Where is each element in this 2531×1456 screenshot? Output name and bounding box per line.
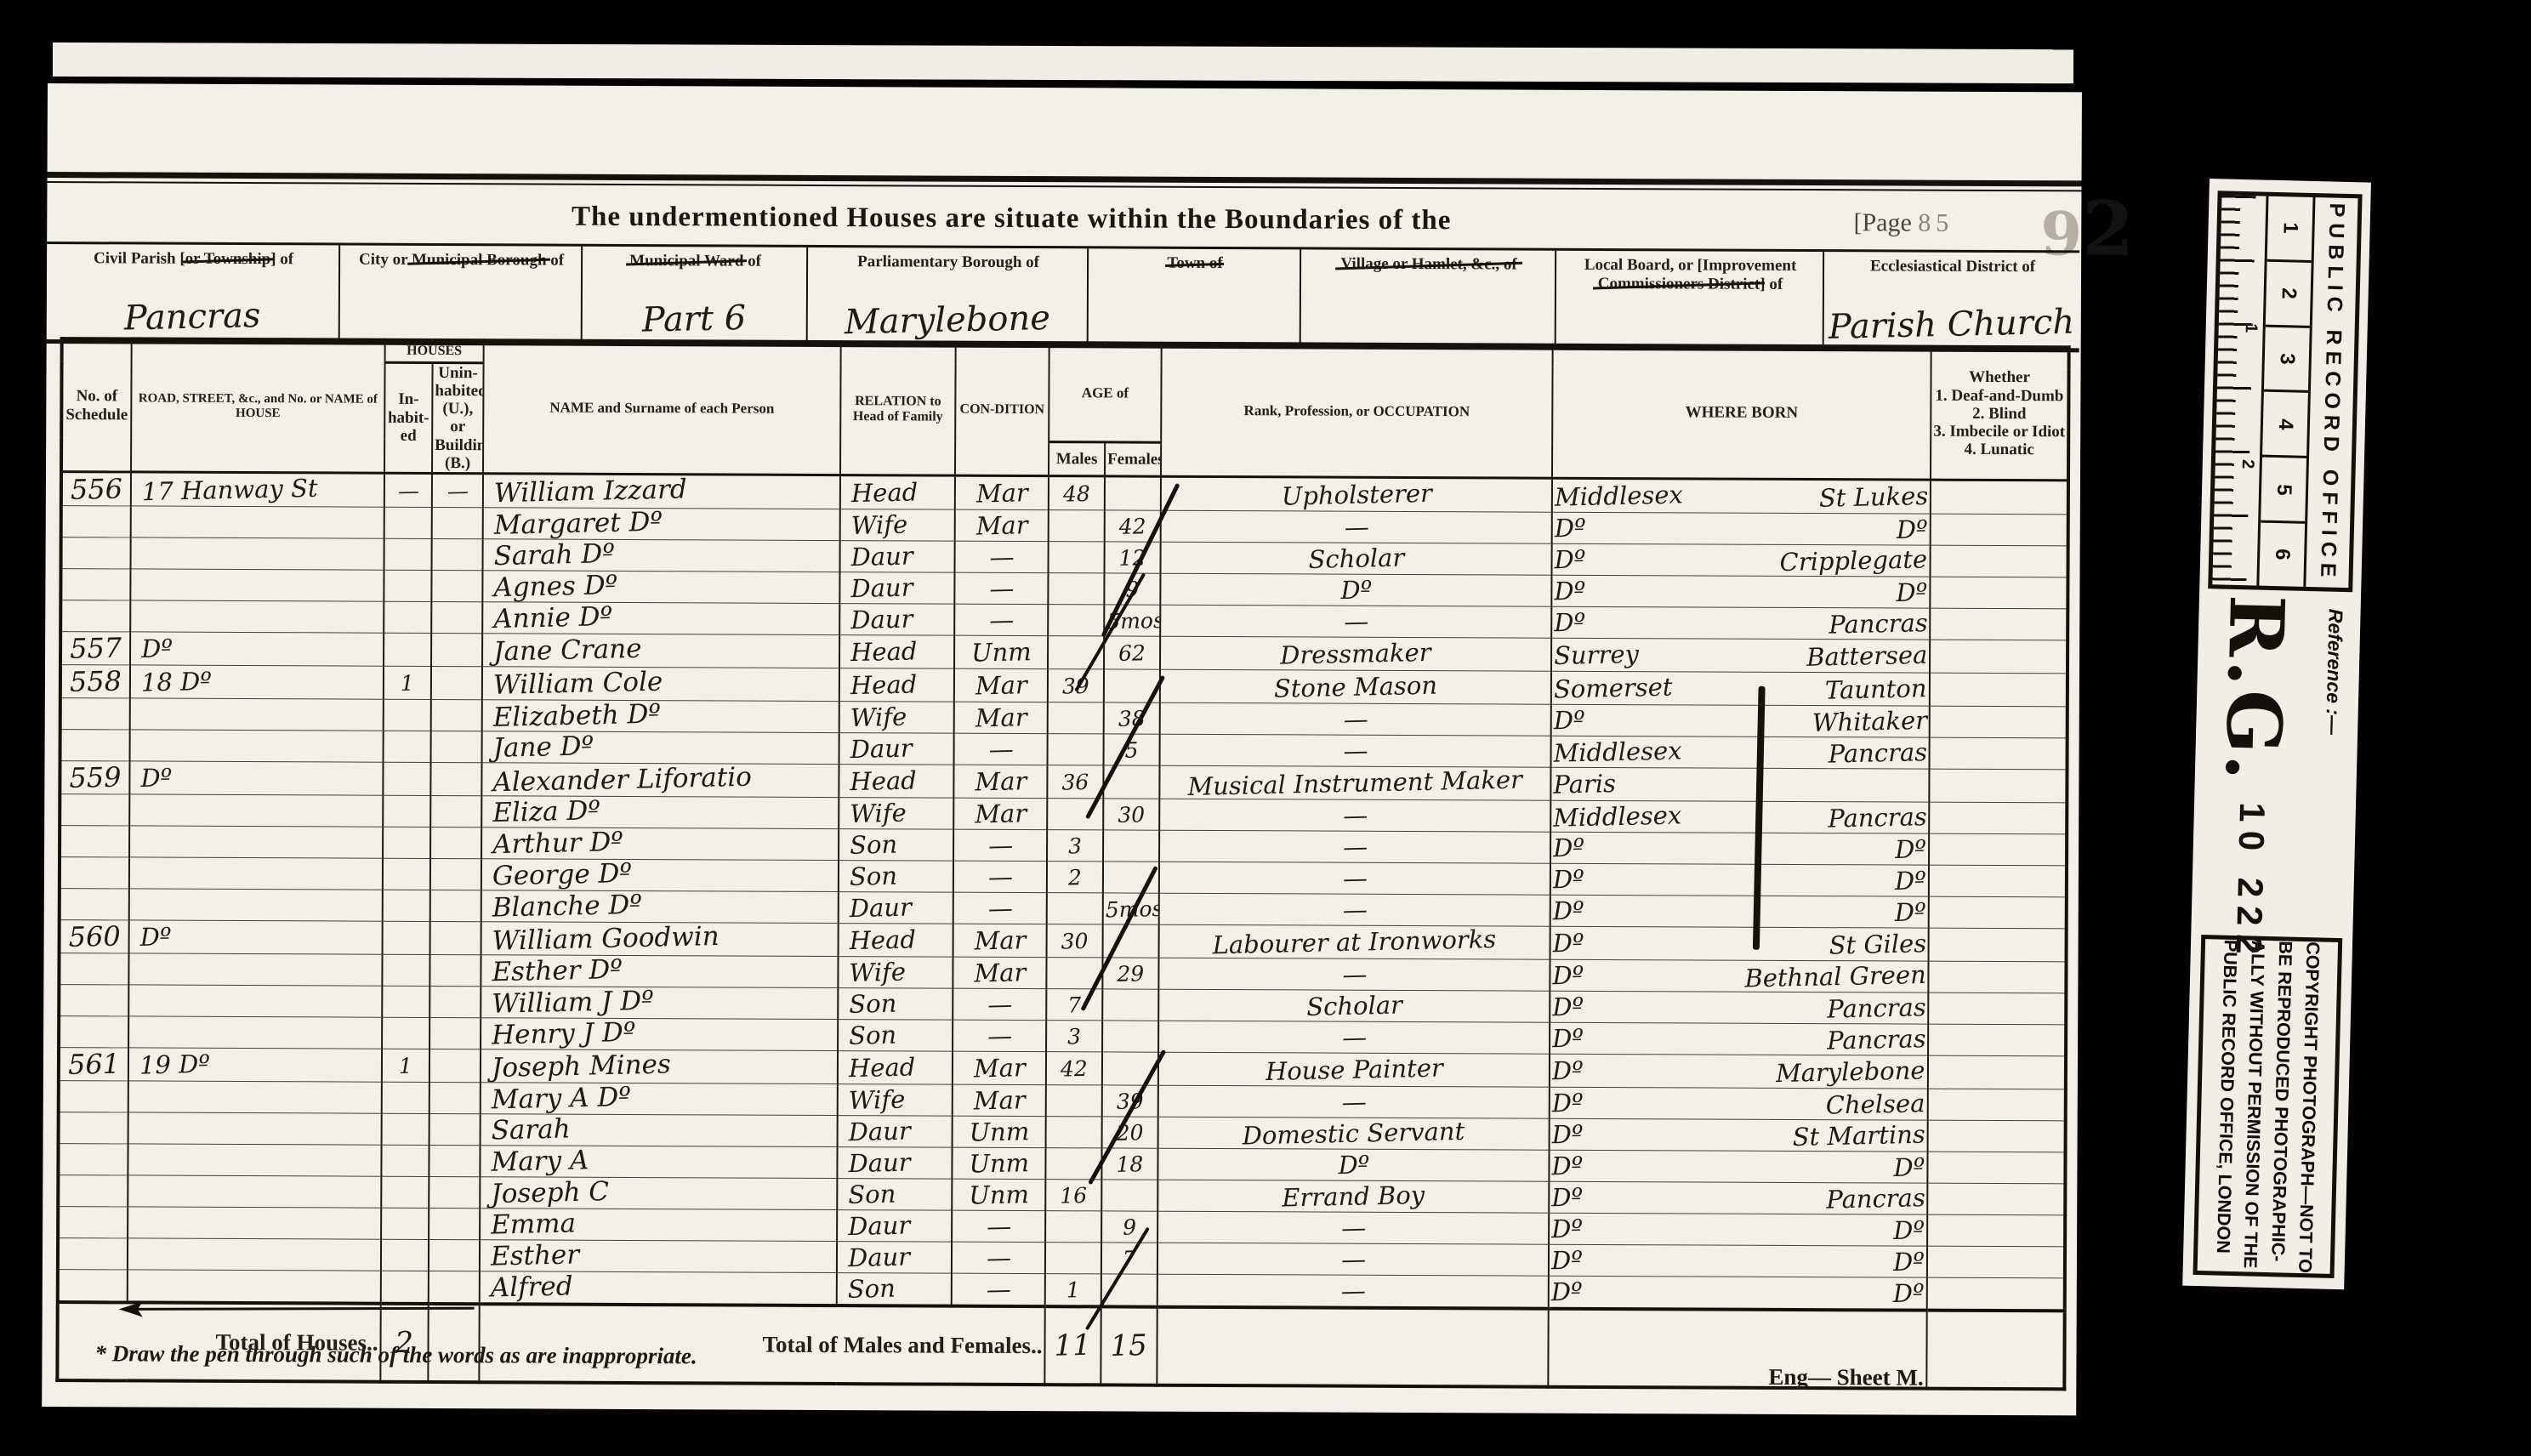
- cell-uninhabited: [429, 1240, 480, 1271]
- cell-condition: —: [954, 733, 1048, 765]
- struck-label-text: Commissioners District: [1598, 275, 1760, 294]
- handwritten-entry: Esther Dº: [492, 955, 623, 988]
- born-county: Dº: [1554, 608, 1586, 638]
- cell-inhabited: [383, 921, 430, 954]
- cell-condition: Unm: [954, 635, 1048, 668]
- cell-name: Joseph Mines: [481, 1049, 838, 1084]
- handwritten-value: Marylebone: [844, 299, 1050, 342]
- cell-relation: Head: [839, 924, 953, 958]
- cell-uninhabited: [432, 539, 483, 571]
- page-title: The undermentioned Houses are situate wi…: [572, 202, 1452, 237]
- cell-road: [128, 953, 382, 986]
- census-rows: 55617 Hanway St——William IzzardHeadMar48…: [58, 472, 2068, 1311]
- handwritten-entry: 9: [1123, 1214, 1137, 1239]
- cell-born: DºChelsea: [1550, 1087, 1928, 1120]
- handwritten-entry: Emma: [491, 1209, 577, 1241]
- cell-schedule: [61, 537, 131, 569]
- form-field: Municipal Ward ofPart 6: [583, 247, 808, 343]
- handwritten-entry: —: [988, 606, 1014, 635]
- born-wrap: DºDº: [1551, 1152, 1925, 1182]
- handwritten-entry: Dressmaker: [1280, 638, 1431, 670]
- born-county: Dº: [1554, 514, 1586, 543]
- handwritten-entry: —: [1343, 736, 1368, 765]
- cell-inhabited: [384, 507, 432, 538]
- cell-occupation: —: [1158, 1021, 1550, 1054]
- cell-relation: Daur: [840, 541, 955, 573]
- cell-age-male: [1048, 702, 1104, 734]
- table-header: No. of Schedule ROAD, STREET, &c., and N…: [61, 338, 2069, 481]
- label-text: ] of: [270, 250, 293, 268]
- handwritten-entry: Margaret Dº: [493, 508, 663, 541]
- cell-condition: Mar: [953, 924, 1047, 957]
- pro-reference-box: Reference :— R.G. 10 222: [2200, 594, 2352, 924]
- cell-road: [129, 889, 383, 921]
- cell-infirmity: [1930, 737, 2067, 770]
- cell-age-female: 9: [1101, 1211, 1157, 1243]
- cell-infirmity: [1929, 928, 2067, 962]
- cell-relation: Head: [840, 475, 955, 510]
- handwritten-entry: Head: [850, 670, 918, 701]
- handwritten-entry: —: [1343, 606, 1368, 636]
- cell-infirmity: [1931, 480, 2068, 515]
- born-county: Dº: [1552, 896, 1584, 926]
- handwritten-entry: 3: [1067, 1024, 1082, 1049]
- header-born: WHERE BORN: [1552, 345, 1931, 481]
- handwritten-entry: —: [1342, 863, 1368, 893]
- cell-uninhabited: [431, 700, 482, 731]
- struck-label-text: Town of: [1167, 254, 1222, 273]
- handwritten-entry: William Izzard: [494, 474, 687, 509]
- pro-ruler: 12 123456 PUBLIC RECORD OFFICE: [2208, 191, 2362, 592]
- cell-infirmity: [1927, 1246, 2065, 1278]
- handwritten-entry: —: [986, 1212, 1011, 1242]
- handwritten-entry: Mar: [974, 799, 1027, 828]
- cell-road: [131, 506, 384, 538]
- handwritten-entry: Wife: [849, 958, 906, 987]
- handwritten-entry: —: [1340, 1244, 1366, 1274]
- cell-born: DºCripplegate: [1552, 543, 1931, 577]
- cell-age-male: 3: [1047, 830, 1103, 862]
- form-field-label: Parliamentary Borough of: [816, 253, 1080, 272]
- handwritten-entry: Dº: [139, 922, 172, 952]
- page-label-prefix: [Page: [1853, 208, 1918, 236]
- label-text: Local Board, or [Improvement: [1584, 256, 1797, 275]
- born-wrap: DºMarylebone: [1552, 1056, 1925, 1087]
- handwritten-entry: Alfred: [490, 1271, 573, 1304]
- born-place: Battersea: [1806, 640, 1927, 672]
- handwritten-entry: Joseph Mines: [492, 1049, 672, 1083]
- handwritten-entry: Errand Boy: [1282, 1180, 1425, 1213]
- cell-road: [129, 794, 383, 827]
- handwritten-entry: Wife: [850, 510, 907, 540]
- cell-condition: —: [952, 1242, 1045, 1273]
- handwritten-entry: Mary A: [491, 1146, 589, 1178]
- cell-relation: Wife: [839, 798, 953, 830]
- cell-schedule: [60, 569, 130, 600]
- form-field-value: [1556, 327, 1823, 344]
- cell-schedule: 559: [60, 761, 129, 794]
- cell-age-female: 12: [1105, 542, 1161, 573]
- born-wrap: MiddlesexPancras: [1553, 802, 1926, 833]
- form-field: Town of: [1089, 248, 1301, 344]
- handwritten-entry: Son: [849, 989, 897, 1019]
- born-wrap: DºDº: [1553, 833, 1926, 864]
- handwritten-entry: Blanche Dº: [492, 890, 642, 924]
- cell-infirmity: [1931, 545, 2068, 577]
- cell-born: DºDº: [1549, 1150, 1927, 1183]
- handwritten-entry: William Goodwin: [492, 922, 719, 957]
- reference-number-stamp: 10 222: [2228, 802, 2272, 964]
- handwritten-entry: Unm: [969, 1180, 1029, 1210]
- cell-infirmity: [1928, 1024, 2066, 1056]
- handwritten-entry: —: [986, 1275, 1011, 1305]
- cell-born: DºMarylebone: [1550, 1054, 1928, 1089]
- cell-infirmity: [1927, 1214, 2065, 1247]
- cell-condition: Mar: [953, 1084, 1046, 1116]
- born-county: Dº: [1551, 1246, 1584, 1276]
- handwritten-entry: Daur: [850, 605, 913, 635]
- pro-reference-strip: 12 123456 PUBLIC RECORD OFFICE Reference…: [2182, 179, 2371, 1289]
- ruler-number: 4: [2262, 392, 2308, 458]
- born-place: Pancras: [1828, 608, 1927, 640]
- handwritten-value: Pancras: [124, 296, 262, 338]
- born-wrap: MiddlesexSt Lukes: [1555, 481, 1928, 512]
- cell-inhabited: [383, 890, 430, 921]
- cell-uninhabited: [431, 667, 482, 700]
- handwritten-entry: Daur: [848, 1211, 911, 1242]
- footer-instruction: * Draw the pen through such of the words…: [94, 1340, 697, 1369]
- handwritten-entry: Elizabeth Dº: [492, 700, 661, 733]
- handwritten-entry: Dº: [1338, 1150, 1370, 1180]
- cell-born: DºBethnal Green: [1550, 959, 1928, 992]
- cell-schedule: [58, 1144, 128, 1175]
- born-place: Cripplegate: [1780, 544, 1928, 577]
- born-place: St Martins: [1792, 1120, 1925, 1152]
- handwritten-entry: —: [987, 1021, 1012, 1051]
- cell-inhabited: [383, 827, 430, 858]
- cell-relation: Daur: [837, 1147, 952, 1180]
- label-text: Ecclesiastical District of: [1870, 257, 2035, 276]
- cell-relation: Son: [839, 861, 953, 893]
- handwritten-entry: Alexander Liforatio: [492, 763, 752, 798]
- cell-age-male: [1049, 542, 1105, 573]
- cell-infirmity: [1930, 640, 2067, 674]
- born-place: Pancras: [1826, 1183, 1925, 1214]
- header-inhabited: In-habit-ed: [384, 362, 433, 474]
- cell-uninhabited: [432, 508, 483, 539]
- cell-relation: Wife: [838, 1084, 953, 1117]
- handwritten-entry: —: [987, 990, 1012, 1020]
- cell-road: [128, 1238, 381, 1271]
- born-place: Marylebone: [1776, 1055, 1925, 1088]
- cell-born: DºPancras: [1550, 991, 1928, 1024]
- cell-occupation: Dressmaker: [1160, 636, 1551, 671]
- cell-name: Alexander Liforatio: [481, 763, 839, 798]
- cell-name: Esther: [480, 1240, 837, 1273]
- adjacent-page-edge: [49, 43, 2073, 83]
- cell-uninhabited: [429, 1083, 481, 1114]
- cell-infirmity: [1927, 1277, 2065, 1311]
- handwritten-entry: —: [987, 831, 1013, 861]
- form-field: Village or Hamlet, &c., of: [1301, 249, 1556, 345]
- handwritten-entry: 1: [401, 670, 415, 695]
- form-field: Civil Parish [or Township] ofPancras: [47, 244, 340, 341]
- handwritten-entry: —: [1342, 895, 1368, 924]
- handwritten-entry: Eliza Dº: [492, 796, 600, 828]
- cell-condition: Mar: [954, 702, 1048, 733]
- cell-schedule: [60, 857, 129, 889]
- cell-infirmity: [1927, 1183, 2065, 1215]
- cell-uninhabited: [430, 922, 481, 955]
- cell-age-male: [1046, 1085, 1102, 1117]
- cell-inhabited: [383, 858, 430, 890]
- cell-relation: Wife: [840, 509, 955, 542]
- cell-occupation: —: [1160, 734, 1551, 767]
- born-place: St Lukes: [1818, 481, 1928, 513]
- cell-age-male: 7: [1046, 989, 1102, 1021]
- cell-born: Paris: [1550, 767, 1929, 802]
- reference-rg-stamp: R.G.: [2209, 594, 2301, 785]
- born-county: Dº: [1554, 577, 1586, 606]
- cell-age-male: 1: [1045, 1274, 1101, 1307]
- handwritten-entry: Arthur Dº: [492, 828, 623, 861]
- cell-schedule: 558: [60, 665, 130, 698]
- cell-schedule: [60, 600, 130, 632]
- ruler-inch-number: 1: [2241, 323, 2261, 333]
- born-place: Whitaker: [1812, 706, 1927, 737]
- cell-inhabited: 1: [384, 666, 431, 699]
- handwritten-entry: 1: [399, 1053, 413, 1078]
- born-county: Dº: [1550, 1277, 1583, 1307]
- born-place: Dº: [1895, 897, 1927, 927]
- cell-born: DºDº: [1549, 1213, 1927, 1246]
- cell-occupation: —: [1158, 1085, 1550, 1118]
- cell-infirmity: [1929, 896, 2067, 929]
- cell-infirmity: [1930, 706, 2067, 738]
- header-condition: CON-DITION: [955, 343, 1049, 476]
- cell-road: [128, 1081, 382, 1113]
- ruler-number: 6: [2259, 523, 2305, 587]
- handwritten-entry: Agnes Dº: [493, 571, 618, 603]
- cell-schedule: [60, 794, 129, 826]
- cell-inhabited: [382, 1113, 429, 1145]
- born-county: Dº: [1551, 1120, 1584, 1150]
- handwritten-entry: 556: [70, 473, 122, 506]
- handwritten-entry: 19 Dº: [139, 1049, 211, 1080]
- cell-infirmity: [1928, 1120, 2066, 1152]
- handwritten-entry: —: [987, 862, 1013, 892]
- handwritten-entry: Mar: [973, 1053, 1026, 1083]
- handwritten-entry: 42: [1119, 514, 1146, 539]
- cell-occupation: Scholar: [1158, 989, 1550, 1022]
- cell-age-male: 30: [1047, 924, 1103, 958]
- handwritten-entry: Mar: [973, 1085, 1026, 1115]
- born-county: Dº: [1551, 1183, 1584, 1213]
- page-number-label: [Page 85: [1853, 208, 1954, 238]
- cell-occupation: Dº: [1157, 1148, 1549, 1181]
- handwritten-entry: Mary A Dº: [491, 1083, 631, 1116]
- cell-relation: Son: [838, 988, 953, 1021]
- cell-born: SurreyBattersea: [1551, 638, 1930, 673]
- form-field-value: [340, 322, 581, 338]
- cell-uninhabited: [430, 763, 481, 796]
- handwritten-entry: —: [1342, 800, 1368, 830]
- cell-schedule: [60, 698, 130, 730]
- handwritten-entry: William Cole: [493, 667, 663, 701]
- handwritten-entry: —: [988, 735, 1014, 765]
- cell-born: DºDº: [1550, 895, 1929, 928]
- cell-road: [130, 730, 384, 762]
- cell-occupation: Upholsterer: [1161, 476, 1552, 512]
- born-place: St Giles: [1829, 929, 1926, 959]
- cell-born: MiddlesexSt Lukes: [1552, 478, 1931, 514]
- cell-inhabited: [384, 633, 431, 666]
- cell-infirmity: [1930, 608, 2067, 640]
- handwritten-entry: 3: [1068, 833, 1083, 858]
- handwritten-entry: Musical Instrument Maker: [1187, 765, 1522, 800]
- form-field-value: Parish Church: [1824, 304, 2079, 344]
- handwritten-entry: George Dº: [492, 859, 633, 892]
- cell-age-female: [1101, 1180, 1157, 1211]
- cell-name: William J Dº: [481, 987, 838, 1020]
- cell-occupation: —: [1160, 605, 1551, 638]
- form-field-value: [1301, 326, 1555, 342]
- cell-occupation: Stone Mason: [1160, 669, 1551, 704]
- born-place: Dº: [1893, 1152, 1925, 1182]
- born-wrap: DºPancras: [1554, 608, 1927, 639]
- cell-condition: —: [955, 541, 1049, 572]
- cell-road: [130, 698, 384, 731]
- cell-inhabited: [384, 538, 432, 570]
- handwritten-entry: —: [1343, 704, 1368, 734]
- handwritten-entry: Head: [850, 637, 918, 668]
- handwritten-entry: William J Dº: [492, 987, 654, 1020]
- cell-uninhabited: —: [432, 474, 483, 508]
- cell-born: MiddlesexPancras: [1550, 800, 1929, 833]
- total-females-handwritten: 15: [1110, 1328, 1147, 1363]
- born-wrap: DºWhitaker: [1554, 706, 1927, 737]
- born-place: Chelsea: [1826, 1089, 1925, 1120]
- cell-road: Dº: [129, 920, 383, 954]
- cell-age-female: [1103, 830, 1159, 862]
- born-county: Dº: [1553, 706, 1585, 736]
- header-uninhabited: Unin-habited (U.), or Building (B.): [432, 362, 484, 474]
- sheet-reference: Eng— Sheet M.: [1768, 1364, 1923, 1391]
- handwritten-entry: Daur: [848, 1117, 911, 1147]
- cell-age-male: [1047, 893, 1103, 924]
- cell-born: DºPancras: [1550, 1022, 1928, 1055]
- cell-condition: —: [954, 572, 1048, 604]
- born-place: Pancras: [1826, 1024, 1925, 1055]
- handwritten-entry: —: [1344, 513, 1369, 543]
- cell-condition: Unm: [952, 1147, 1045, 1179]
- header-road: ROAD, STREET, &c., and No. or NAME of HO…: [131, 338, 385, 473]
- cell-occupation: —: [1158, 958, 1550, 991]
- born-county: Surrey: [1554, 640, 1640, 670]
- born-county: Paris: [1553, 769, 1616, 799]
- handwritten-entry: Mar: [974, 958, 1027, 987]
- cell-condition: Mar: [955, 509, 1049, 541]
- cell-name: Alfred: [480, 1271, 837, 1305]
- handwritten-entry: 2: [1068, 865, 1083, 890]
- born-county: Dº: [1551, 1089, 1584, 1118]
- cell-age-female: 62: [1104, 636, 1160, 669]
- cell-age-male: [1048, 734, 1104, 765]
- cell-name: William Goodwin: [481, 922, 839, 957]
- cell-name: William Cole: [482, 667, 839, 702]
- born-county: Somerset: [1554, 673, 1673, 704]
- cell-born: SomersetTaunton: [1551, 671, 1930, 706]
- cell-schedule: [59, 1112, 128, 1144]
- handwritten-entry: —: [446, 478, 469, 503]
- cell-relation: Head: [839, 635, 954, 669]
- form-field: Local Board, or [Improvement Commissione…: [1556, 251, 1824, 347]
- cell-name: Joseph C: [480, 1177, 837, 1210]
- handwritten-entry: Son: [850, 862, 898, 891]
- cell-uninhabited: [429, 1209, 480, 1240]
- cell-born: DºSt Giles: [1550, 926, 1929, 961]
- cell-uninhabited: [430, 890, 481, 922]
- cell-born: DºPancras: [1549, 1181, 1927, 1214]
- cell-name: Jane Crane: [482, 634, 839, 668]
- cell-condition: —: [953, 861, 1047, 892]
- cell-infirmity: [1930, 673, 2067, 707]
- handwritten-entry: —: [987, 894, 1013, 924]
- cell-inhabited: 1: [382, 1049, 429, 1082]
- cell-uninhabited: [430, 828, 481, 859]
- cell-name: Emma: [480, 1209, 837, 1242]
- header-age: AGE of: [1049, 343, 1162, 442]
- handwritten-entry: —: [1341, 1087, 1367, 1117]
- born-county: Dº: [1552, 992, 1584, 1022]
- cell-born: DºDº: [1551, 575, 1930, 608]
- cell-inhabited: [384, 570, 431, 601]
- cell-road: 17 Hanway St: [131, 472, 384, 507]
- born-county: Middlesex: [1555, 481, 1684, 512]
- born-wrap: DºCripplegate: [1555, 545, 1928, 576]
- cell-relation: Daur: [839, 572, 954, 605]
- handwritten-entry: Mar: [975, 766, 1027, 796]
- born-county: Dº: [1553, 865, 1585, 895]
- cell-born: DºDº: [1550, 863, 1929, 896]
- handwritten-entry: Labourer at Ironworks: [1212, 924, 1496, 959]
- born-place: Dº: [1896, 515, 1928, 544]
- cell-name: Mary A Dº: [481, 1083, 838, 1116]
- cell-inhabited: —: [384, 473, 432, 507]
- handwritten-entry: 18: [1116, 1152, 1143, 1177]
- cell-age-male: 3: [1046, 1021, 1102, 1052]
- cell-name: Eliza Dº: [481, 796, 839, 829]
- cell-infirmity: [1928, 1089, 2066, 1121]
- cell-occupation: —: [1161, 510, 1552, 543]
- cell-inhabited: [382, 1017, 429, 1049]
- handwritten-entry: Esther: [491, 1240, 580, 1272]
- cell-inhabited: [381, 1208, 429, 1239]
- cell-road: [128, 1207, 381, 1239]
- header-males: Males: [1049, 441, 1105, 476]
- handwritten-entry: 557: [70, 632, 122, 665]
- cell-road: Dº: [130, 632, 384, 666]
- census-sheet: The undermentioned Houses are situate wi…: [42, 83, 2082, 1415]
- handwritten-entry: Dº: [140, 763, 173, 793]
- born-place: Dº: [1896, 577, 1928, 607]
- cell-relation: Daur: [839, 892, 953, 924]
- cell-age-male: [1045, 1243, 1101, 1274]
- pro-copyright-box: COPYRIGHT PHOTOGRAPH—NOT TO BE REPRODUCE…: [2193, 935, 2343, 1278]
- struck-label-text: Village or Hamlet, &c., of: [1340, 255, 1516, 275]
- handwritten-entry: 18 Dº: [141, 667, 213, 697]
- handwritten-entry: 62: [1118, 640, 1146, 666]
